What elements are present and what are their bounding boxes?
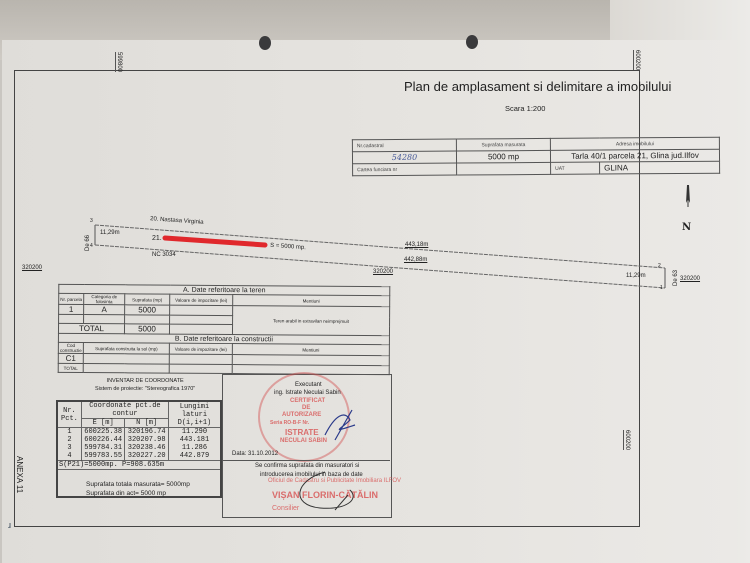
col-header: Lungimi laturi D(i,i+1) — [168, 401, 221, 428]
execution-date: Data: 31.10.2012 — [232, 451, 278, 457]
grid-label-center: 320200 — [373, 269, 393, 275]
executant-name: ing. Istrate Neculai Sabin — [274, 390, 341, 396]
coord-nr: 2 — [57, 436, 81, 444]
col-header: Categoria de folosinta — [84, 294, 125, 305]
coord-e: 600225.38 — [81, 428, 125, 437]
area-summary: Suprafata totala masurata= 5000mp Supraf… — [86, 480, 190, 498]
handwritten-mark: ɹ — [8, 520, 11, 530]
construction-code: C1 — [58, 353, 83, 363]
total-value: 5000 — [124, 324, 169, 334]
col-header: Valoare de impozitare (lei) — [170, 294, 233, 305]
area-value: 5000 mp — [456, 150, 550, 163]
east-length-label: 11,29m — [626, 273, 646, 279]
south-side-length: 442,88m — [404, 257, 427, 263]
office-signature — [290, 470, 370, 515]
point-3-label: 3 — [90, 218, 93, 224]
cadastral-number-label: Nr.cadastral — [352, 139, 456, 152]
point-2-label: 2 — [658, 263, 661, 269]
uat-value: GLINA — [600, 161, 720, 174]
annex-label: ANEXA 11 — [15, 456, 24, 493]
col-header: E [m] — [81, 419, 125, 428]
scale-label: Scara 1:200 — [505, 104, 545, 113]
stamp-text: CERTIFICAT — [290, 398, 325, 404]
document-title: Plan de amplasament si delimitare a imob… — [404, 79, 671, 94]
coordinate-row: 1600225.38320196.7411.290 — [57, 428, 221, 437]
construction-total: TOTAL — [58, 363, 83, 372]
parcel-area: 5000 — [125, 305, 170, 315]
coord-d: 11.290 — [168, 428, 221, 437]
col-header: Cod constructie — [58, 342, 83, 353]
coord-n: 320238.46 — [125, 444, 169, 452]
grid-label-bottom-right: 600200 — [623, 430, 630, 450]
parcel-number: 21. — [152, 235, 162, 242]
col-header: Nr. Pct. — [57, 401, 81, 428]
property-info-table: Nr.cadastral Suprafata masurata Adresa i… — [352, 137, 720, 177]
grid-label-left: 320200 — [22, 265, 42, 271]
uat-label: UAT — [551, 162, 600, 174]
coord-nr: 4 — [57, 452, 81, 461]
coord-n: 320196.74 — [125, 428, 169, 437]
executant-label: Executant — [295, 382, 322, 388]
coord-d: 11.286 — [168, 444, 221, 452]
coordinate-row: 3599784.31320238.4611.286 — [57, 444, 221, 452]
land-book-label: Cartea funciara nr — [353, 163, 457, 176]
coordinate-row: 2600226.44320207.98443.181 — [57, 436, 221, 444]
parcel-nr: 1 — [59, 304, 84, 314]
coord-d: 443.181 — [168, 436, 221, 444]
perimeter-summary: S(P21)=5000mp. P=908.635m — [57, 461, 221, 470]
area-from-act: Suprafata din act= 5000 mp — [86, 489, 190, 498]
coord-n: 320207.98 — [125, 436, 169, 444]
signature-mark — [320, 405, 360, 445]
col-header: Valoare de impozitare (lei) — [169, 343, 232, 354]
coord-d: 442.879 — [168, 452, 221, 461]
point-1-label: 1 — [660, 285, 663, 291]
stamp-text: ISTRATE — [285, 428, 319, 437]
grid-label-right: 320200 — [680, 276, 700, 282]
north-label: N — [682, 222, 696, 233]
land-data-table: A. Date referitoare la teren Nr. parcela… — [58, 284, 391, 375]
total-label: TOTAL — [58, 323, 124, 333]
north-side-length: 443,18m — [405, 242, 428, 248]
coordinate-row: 4599783.55320227.20442.879 — [57, 452, 221, 461]
total-measured-area: Suprafata totala masurata= 5000mp — [86, 480, 190, 489]
grid-label-top-left: 599800 — [115, 52, 122, 72]
stamp-text: AUTORIZARE — [282, 412, 321, 418]
area-label: Suprafata masurata — [456, 138, 550, 151]
coord-nr: 3 — [57, 444, 81, 452]
projection-system: Sistem de proiectie: "Stereografica 1970… — [95, 385, 195, 393]
col-header: Suprafata construita la sol (mp) — [83, 343, 169, 355]
col-header: Nr. parcela — [59, 293, 84, 304]
punch-hole — [466, 35, 478, 49]
west-road-label: De 66 — [85, 235, 91, 251]
coord-e: 600226.44 — [81, 436, 125, 444]
east-road-label: De 63 — [673, 270, 679, 286]
stamp-text: Seria RO-B-F Nr. — [270, 420, 309, 426]
land-book-value — [457, 162, 551, 175]
confirmation-text: Se confirma suprafata din masuratori si — [255, 463, 359, 469]
col-header: Coordonate pct.de contur — [81, 401, 168, 419]
grid-label-top-right: 600200 — [633, 50, 640, 70]
parcel-mentions: Teren arabil in extravilan neimprejmuit — [232, 306, 389, 336]
parcel-category: A — [84, 305, 125, 315]
col-header: N [m] — [125, 419, 169, 428]
inventory-title: INVENTAR DE COORDONATE — [95, 377, 195, 385]
stamp-text: DE — [302, 405, 310, 411]
coord-nr: 1 — [57, 428, 81, 437]
inventory-header: INVENTAR DE COORDONATE Sistem de proiect… — [95, 377, 195, 393]
west-length-label: 11,29m — [100, 230, 120, 236]
coord-n: 320227.20 — [125, 452, 169, 461]
cadastral-number-value: 54280 — [352, 151, 456, 164]
coord-e: 599784.31 — [81, 444, 125, 452]
parcel-value — [170, 305, 233, 315]
north-arrow-icon — [680, 185, 696, 217]
coord-e: 599783.55 — [81, 452, 125, 461]
north-arrow: N — [680, 185, 696, 233]
punch-hole — [259, 36, 271, 50]
neighbor-south: NC 3034 — [152, 252, 176, 258]
col-header: Suprafata (mp) — [125, 294, 170, 305]
